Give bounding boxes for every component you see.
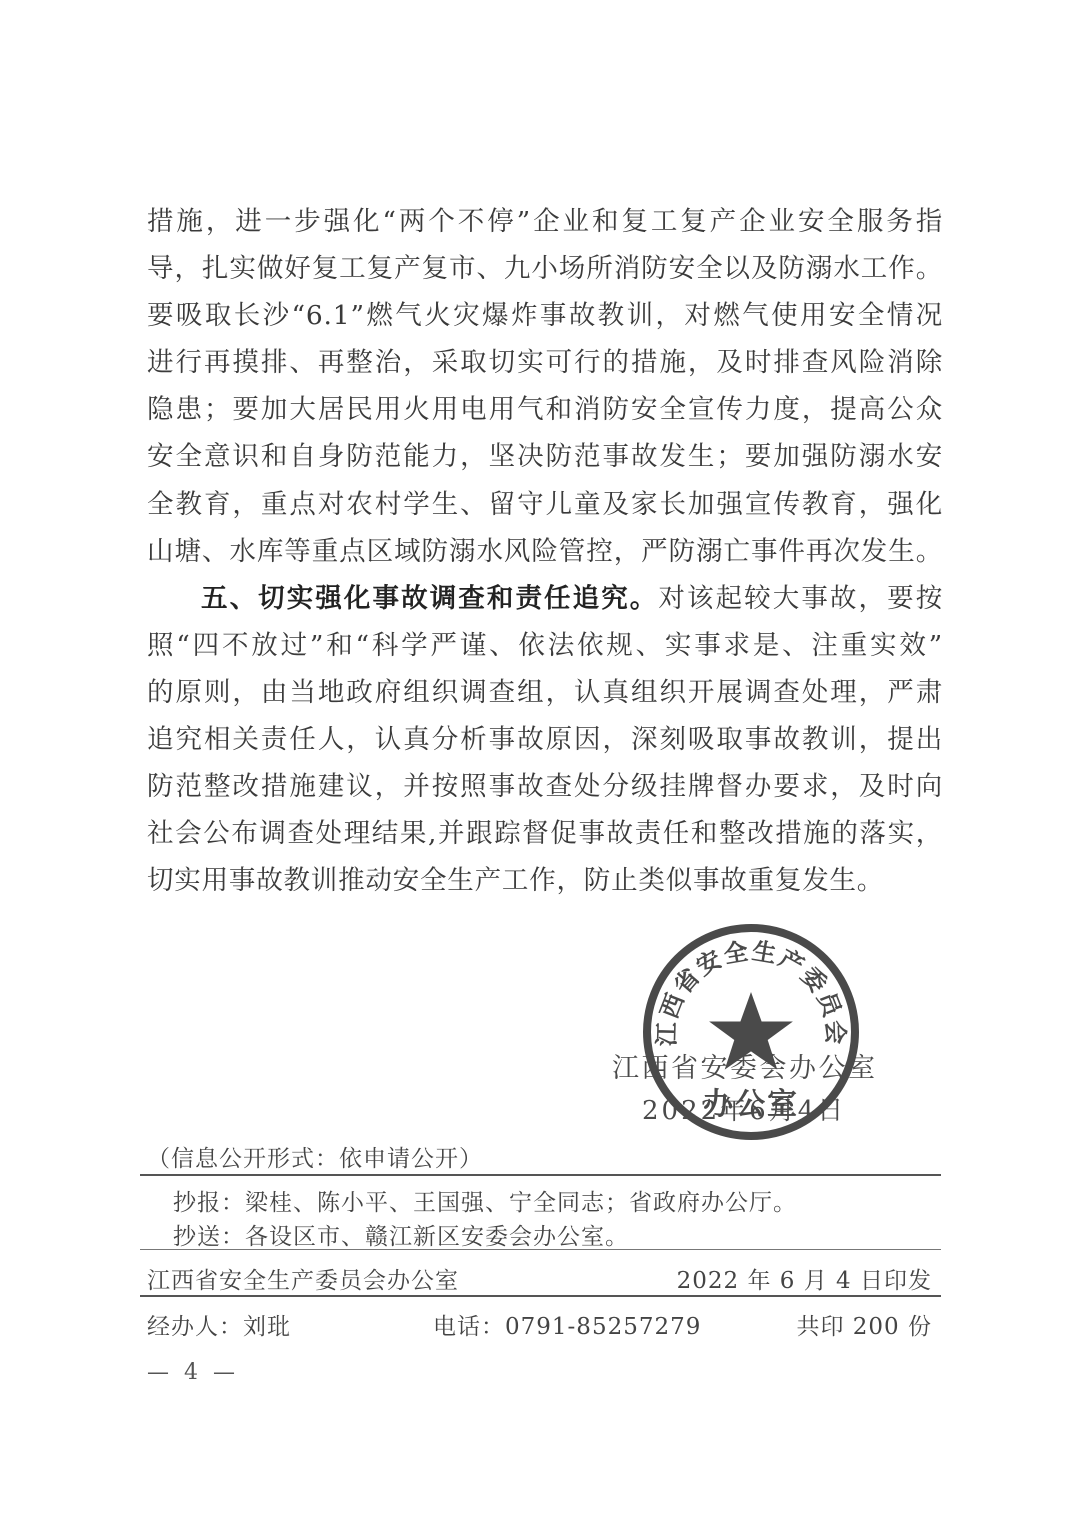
copies-count: 共印 200 份: [796, 1308, 932, 1341]
text-line: 的原则，由当地政府组织调查组，认真组织开展调查处理，严肃: [147, 669, 943, 716]
page-number: — 4 —: [147, 1360, 239, 1385]
text-line: 要吸取长沙“6.1”燃气火灾爆炸事故教训，对燃气使用安全情况: [147, 292, 943, 339]
text-line: 社会公布调查处理结果,并跟踪督促事故责任和整改措施的落实，: [147, 810, 943, 857]
divider: [140, 1249, 941, 1250]
disclosure-note: （信息公开形式：依申请公开）: [147, 1140, 483, 1173]
phone: 电话：0791-85257279: [433, 1308, 701, 1341]
text-line: 切实用事故教训推动安全生产工作，防止类似事故重复发生。: [147, 857, 943, 904]
signature-date: 2022年6月4日: [642, 1090, 846, 1127]
issuer-name: 江西省安全生产委员会办公室: [147, 1268, 459, 1294]
text-line: 进行再摸排、再整治，采取切实可行的措施，及时排查风险消除: [147, 339, 943, 386]
issue-date: 2022 年 6 月 4 日印发: [677, 1262, 932, 1295]
divider: [140, 1295, 941, 1297]
text-line: 隐患；要加大居民用火用电用气和消防安全宣传力度，提高公众: [147, 386, 943, 433]
paragraph-section-5: 五、切实强化事故调查和责任追究。对该起较大事故，要按 照“四不放过”和“科学严谨…: [147, 575, 943, 905]
text-line: 导，扎实做好复工复产复市、九小场所消防安全以及防溺水工作。: [147, 245, 943, 292]
text-line: 防范整改措施建议，并按照事故查处分级挂牌督办要求，及时向: [147, 763, 943, 810]
text-line: 山塘、水库等重点区域防溺水风险管控，严防溺亡事件再次发生。: [147, 528, 943, 575]
text-line: 照“四不放过”和“科学严谨、依法依规、实事求是、注重实效”: [147, 622, 943, 669]
cc-report-to: 抄报：梁桂、陈小平、王国强、宁全同志；省政府办公厅。: [173, 1184, 797, 1217]
text-line: 安全意识和自身防范能力，坚决防范事故发生；要加强防溺水安: [147, 433, 943, 480]
document-body: 措施，进一步强化“两个不停”企业和复工复产企业安全服务指 导，扎实做好复工复产复…: [147, 198, 943, 904]
divider: [140, 1174, 941, 1176]
signature-org: 江西省安委会办公室: [612, 1046, 878, 1085]
issuer-row: 江西省安全生产委员会办公室 2022 年 6 月 4 日印发: [147, 1262, 932, 1295]
paragraph-1: 措施，进一步强化“两个不停”企业和复工复产企业安全服务指 导，扎实做好复工复产复…: [147, 198, 943, 575]
handler: 经办人：刘玭: [147, 1314, 291, 1340]
text-line: 措施，进一步强化“两个不停”企业和复工复产企业安全服务指: [147, 198, 943, 245]
section-5-first-line-text: 对该起较大事故，要按: [658, 583, 943, 614]
section-5-first-line: 五、切实强化事故调查和责任追究。对该起较大事故，要按: [147, 575, 943, 622]
text-line: 追究相关责任人，认真分析事故原因，深刻吸取事故教训，提出: [147, 716, 943, 763]
text-line: 全教育，重点对农村学生、留守儿童及家长加强宣传教育，强化: [147, 481, 943, 528]
cc-send-to: 抄送：各设区市、赣江新区安委会办公室。: [173, 1218, 629, 1251]
section-5-heading: 五、切实强化事故调查和责任追究。: [201, 583, 658, 614]
contact-row: 经办人：刘玭 电话：0791-85257279 共印 200 份: [147, 1308, 932, 1341]
